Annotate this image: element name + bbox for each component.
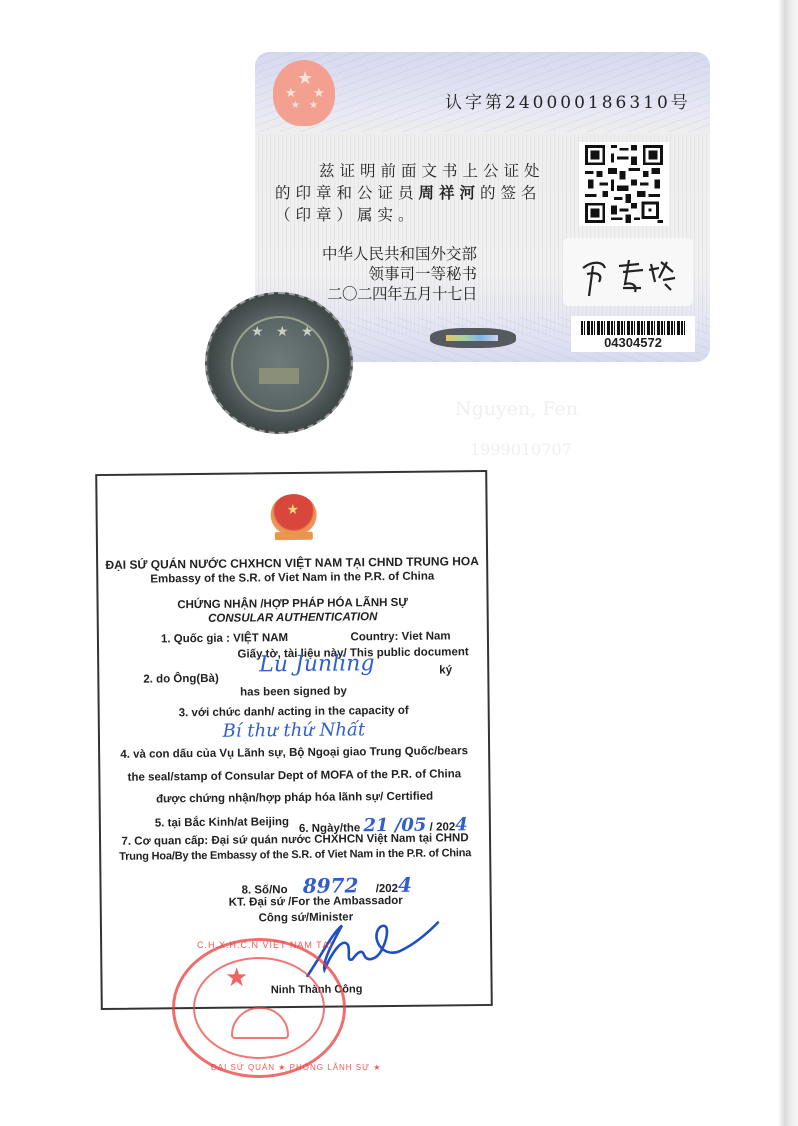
embassy-header-vi: ĐẠI SỨ QUÁN NƯỚC CHXHCN VIỆT NAM TẠI CHN… — [98, 554, 486, 572]
vietnam-consular-authentication: ★ ĐẠI SỨ QUÁN NƯỚC CHXHCN VIỆT NAM TẠI C… — [95, 470, 493, 1010]
embassy-red-stamp-icon: C.H.X.H.C.N VIỆT NAM TẠI C.H.N.D TRUNG H… — [172, 938, 346, 1078]
item-2-en: has been signed by — [99, 684, 487, 700]
barcode-number: 04304572 — [571, 335, 695, 350]
issuer-block: 中华人民共和国外交部 领事司一等秘书 二〇二四年五月十七日 — [315, 244, 477, 304]
qr-code[interactable] — [579, 142, 669, 226]
show-through-text: Nguyen, Fen — [455, 398, 578, 420]
item-7-line-2: Trung Hoa/By the Embassy of the S.R. of … — [101, 847, 489, 863]
show-through-text: 1999010707 — [470, 440, 572, 459]
certificate-number: 认字第240000186310号 — [445, 88, 691, 113]
item-4-line-1: 4. và con dấu của Vụ Lãnh sự, Bộ Ngoại g… — [100, 745, 488, 761]
embassy-header-en: Embassy of the S.R. of Viet Nam in the P… — [98, 570, 486, 586]
item-2-suffix: ký — [439, 660, 798, 676]
hologram-tag — [430, 328, 516, 348]
notary-name: 周祥河 — [419, 184, 481, 202]
item-1-country: 1. Quốc gia : VIỆT NAM Country: Viet Nam — [161, 629, 549, 645]
authentication-statement: 兹证明前面文书上公证处 的印章和公证员周祥河的签名 （印章）属实。 — [275, 160, 545, 226]
barcode-icon — [581, 321, 685, 335]
vietnam-national-emblem-icon: ★ — [264, 494, 323, 545]
mofa-hologram-seal-icon: ★ ★ ★ — [205, 292, 353, 434]
capacity-handwritten: Bí thư thứ Nhất — [100, 718, 488, 743]
page-edge-shadow — [778, 0, 798, 1126]
barcode-label: 04304572 — [571, 316, 695, 352]
handwritten-signature-icon — [563, 238, 693, 306]
issue-date: 二〇二四年五月十七日 — [315, 284, 477, 304]
china-national-emblem-icon: ★ ★ ★ ★ ★ — [273, 60, 335, 126]
item-7-line-1: 7. Cơ quan cấp: Đại sứ quán nước CHXHCN … — [101, 832, 489, 848]
signature-area — [563, 238, 693, 306]
certified-line: được chứng nhận/hợp pháp hóa lãnh sự/ Ce… — [101, 790, 489, 806]
signer-name-handwritten: Lu Junling — [259, 651, 375, 677]
title-en: CONSULAR AUTHENTICATION — [99, 610, 487, 626]
tiananmen-icon — [259, 368, 299, 384]
item-4-line-2: the seal/stamp of Consular Dept of MOFA … — [100, 768, 488, 784]
